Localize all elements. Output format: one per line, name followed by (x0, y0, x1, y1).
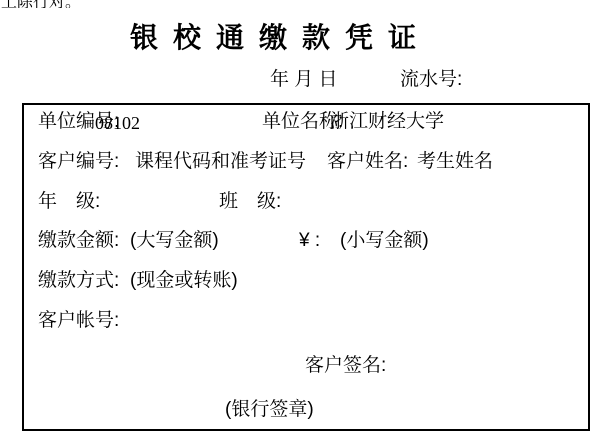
clipped-top-text: 上除行对。 (1, 0, 111, 8)
unit-name-value: 浙江财经大学 (330, 111, 444, 134)
customer-code-label: 客户编号: (38, 151, 119, 174)
bank-seal-label: (银行签章) (225, 399, 314, 422)
voucher-title: 银 校 通 缴 款 凭 证 (130, 22, 420, 56)
unit-code-value: 08102 (95, 113, 140, 135)
serial-number-label: 流水号: (400, 69, 462, 92)
voucher-page: 上除行对。 银 校 通 缴 款 凭 证 年 月 日 流水号: 单位编号: 081… (0, 0, 601, 446)
customer-signature-label: 客户签名: (305, 355, 386, 378)
customer-name-value: 考生姓名 (417, 151, 493, 174)
amount-words-placeholder: (大写金额) (130, 230, 219, 253)
customer-account-label: 客户帐号: (38, 310, 119, 333)
amount-figures-placeholder: (小写金额) (340, 230, 429, 253)
customer-code-value: 课程代码和准考证号 (135, 151, 306, 174)
grade-label: 年 级: (38, 191, 100, 214)
class-label: 班 级: (219, 191, 281, 214)
date-line: 年 月 日 (270, 69, 338, 92)
customer-name-label: 客户姓名: (327, 151, 408, 174)
payment-method-label: 缴款方式: (38, 270, 119, 293)
payment-method-placeholder: (现金或转账) (130, 270, 238, 293)
currency-symbol-label: ¥ : (299, 230, 320, 253)
clipped-top-text-fragment: 上除行对。 (1, 0, 111, 8)
amount-label: 缴款金额: (38, 230, 119, 253)
